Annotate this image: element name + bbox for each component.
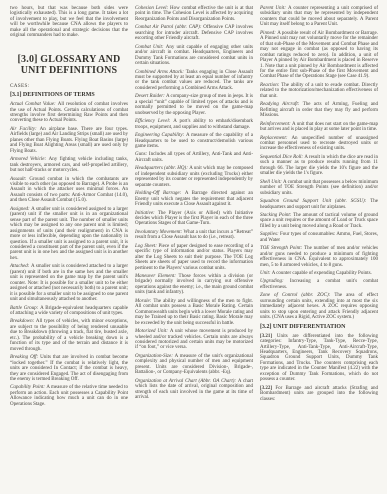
glossary-entry: Reaction: The ability of a unit to evade… [260, 83, 378, 99]
glossary-entry: Sequential Dice Roll: A result in which … [260, 155, 378, 177]
glossary-term: TOE Strength Point: [260, 246, 304, 251]
glossary-term: Organization-Size: [135, 354, 175, 359]
page-title: [3.0] GLOSSARY AND UNIT DEFINITIONS [12, 54, 126, 77]
glossary-entry: Parent Unit: A counter representing a un… [260, 6, 378, 28]
glossary-entry: Efficiency Level: A port's ability to em… [135, 119, 253, 130]
glossary-term: Supplies: [260, 232, 280, 237]
glossary-entry: Engineering Capability: A measure of the… [135, 133, 253, 149]
glossary-entry: Replacement: An unspecified number of un… [260, 136, 378, 152]
glossary-entry: Guns: Includes all types of Artillery, A… [135, 152, 253, 163]
text-column-3: Parent Unit: A counter representing a un… [260, 6, 378, 405]
glossary-term: Stacking Point: [260, 213, 293, 218]
glossary-term: Reinforcement: [260, 122, 292, 127]
glossary-entry: Organization at Arrival Chart (Abbr. OA … [135, 379, 253, 401]
scanned-rulebook-page: two hours, but that was because both sid… [0, 0, 387, 494]
glossary-entry: Breaking Off: Units that are involved in… [10, 355, 128, 382]
glossary-term: Unit: [260, 271, 272, 276]
glossary-term: Capability Point: [10, 385, 46, 390]
glossary-entry: Combined Arms Attack: Tanks engaging in … [135, 70, 253, 92]
rule-paragraph: [3.22] For Barrage and aircraft attacks … [260, 386, 378, 402]
glossary-entry: Combat Unit: Any unit capable of engagin… [135, 45, 253, 67]
glossary-entry: Morale: The ability and willingness of t… [135, 299, 253, 326]
glossary-entry: Air Facility: An airplane base. There ar… [10, 127, 128, 154]
glossary-entry: Zone of Control (abbr. ZOC): The area of… [260, 293, 378, 320]
subsection-heading: [3.1] DEFINITIONS OF TERMS [10, 93, 128, 98]
glossary-entry: Breakdown: All types of vehicles, with m… [10, 319, 128, 352]
glossary-entry: Combat Air Patrol (abbr. CAP): Offensive… [135, 25, 253, 41]
glossary-entry: Battle Group: A Brigade-equivalent headq… [10, 306, 128, 317]
glossary-term: Log Sheet: [135, 244, 158, 249]
glossary-entry: Assault: Ground combat in which the comb… [10, 177, 128, 204]
glossary-term: Squadron Ground Support Unit (abbr. SGSU… [260, 199, 370, 204]
glossary-term: Armored Vehicle: [10, 157, 49, 162]
text-column-1: two hours, but that was because both sid… [10, 6, 128, 410]
glossary-entry: Involuntary Movement: What a unit that i… [135, 230, 253, 241]
glossary-term: Pinned: [260, 31, 277, 36]
glossary-term: Involuntary Movement: [135, 230, 183, 235]
glossary-entry: Motorized Unit: A unit whose movement is… [135, 329, 253, 351]
glossary-entry: Shell Unit: A combat unit that possesses… [260, 180, 378, 196]
glossary-term: Headquarters (abbr. HQ): [135, 166, 189, 171]
glossary-term: Sequential Dice Roll: [260, 155, 304, 160]
glossary-term: Zone of Control (abbr. ZOC): [260, 293, 334, 298]
glossary-entry: Maneuver Element: Those forces within a … [135, 274, 253, 296]
glossary-term: Holding-Off Barrage: [135, 191, 185, 196]
glossary-entry: Holding-Off Barrage: A Barrage directed … [135, 191, 253, 207]
glossary-term: Upgrading: [260, 279, 290, 284]
glossary-term: Assault: [10, 177, 29, 182]
glossary-term: Assigned: [10, 207, 31, 212]
glossary-entry: Actual Combat Value: All resolution of c… [10, 102, 128, 124]
glossary-entry: TOE Strength Point: The number of men an… [260, 246, 378, 268]
glossary-term: Attached: [10, 264, 31, 269]
glossary-term: Replacement: [260, 136, 291, 141]
glossary-term: Guns: [135, 152, 149, 157]
glossary-term: Readying Aircraft: [260, 102, 303, 107]
text-column-2: Cohesion Level: How combat effective the… [135, 6, 253, 404]
glossary-entry: Pinned: A possible result of Air Bombard… [260, 31, 378, 80]
glossary-entry: Armored Vehicle: Any fighting vehicle in… [10, 157, 128, 173]
glossary-entry: Upgrading: Increasing a combat unit's co… [260, 279, 378, 290]
glossary-entry: Squadron Ground Support Unit (abbr. SGSU… [260, 199, 378, 210]
glossary-term: Combat Unit: [135, 45, 166, 50]
intro-paragraph: two hours, but that was because both sid… [10, 6, 128, 39]
glossary-term: Cohesion Level: [135, 6, 170, 11]
glossary-entry: Stacking Point: The amount of tactical v… [260, 213, 378, 229]
glossary-term: Organization at Arrival Chart (Abbr. OA … [135, 379, 238, 384]
glossary-term: Parent Unit: [260, 6, 288, 11]
glossary-entry: Attached: A smaller unit is considered a… [10, 264, 128, 302]
cases-label: CASES: [10, 84, 128, 89]
glossary-term: Initiative: [135, 211, 158, 216]
glossary-term: Morale: [135, 299, 153, 304]
glossary-term: Efficiency Level: [135, 119, 173, 124]
glossary-entry: Organization-Size: A measure of the unit… [135, 354, 253, 376]
glossary-entry: Readying Aircraft: The acts of Arming, F… [260, 102, 378, 118]
glossary-term: Breakdown: [10, 319, 36, 324]
glossary-term: Air Facility: [10, 127, 40, 132]
glossary-term: Combined Arms Attack: [135, 70, 186, 75]
glossary-term: Shell Unit: [260, 180, 283, 185]
glossary-term: Engineering Capability: [135, 133, 186, 138]
glossary-entry: Headquarters (abbr. HQ): A unit which ma… [135, 166, 253, 188]
glossary-term: Reaction: [260, 83, 281, 88]
glossary-entry: Unit: A counter capable of expending Cap… [260, 271, 378, 276]
glossary-entry: Desert Raider: A company-size group of m… [135, 94, 253, 116]
rule-number: [3.22] [260, 386, 275, 391]
glossary-term: Maneuver Element: [135, 274, 179, 279]
rule-paragraph: [3.21] Units are differentiated into the… [260, 334, 378, 383]
glossary-term: Desert Raider: [135, 94, 166, 99]
glossary-term: Actual Combat Value: [10, 102, 58, 107]
glossary-entry: Reinforcement: A unit that does not star… [260, 122, 378, 133]
subsection-heading: [3.2] UNIT DIFFERENTIATION [260, 325, 378, 330]
glossary-term: Combat Air Patrol (abbr. CAP): [135, 25, 203, 30]
bottom-margin [10, 410, 378, 428]
glossary-entry: Capability Point: A measure of the relat… [10, 385, 128, 407]
glossary-entry: Supplies: Four types of consumables: Amm… [260, 232, 378, 243]
glossary-term: Breaking Off: [10, 355, 40, 360]
glossary-entry: Initiative: The Player (Axis or Allied) … [135, 211, 253, 227]
glossary-term: Battle Group: [10, 306, 40, 311]
rule-number: [3.21] [260, 334, 277, 339]
glossary-entry: Assigned: A smaller unit is considered a… [10, 207, 128, 262]
columns: two hours, but that was because both sid… [10, 6, 378, 410]
glossary-term: Motorized Unit: [135, 329, 170, 334]
glossary-entry: Cohesion Level: How combat effective the… [135, 6, 253, 22]
glossary-entry: Log Sheet: Piece of paper designed to ea… [135, 244, 253, 271]
